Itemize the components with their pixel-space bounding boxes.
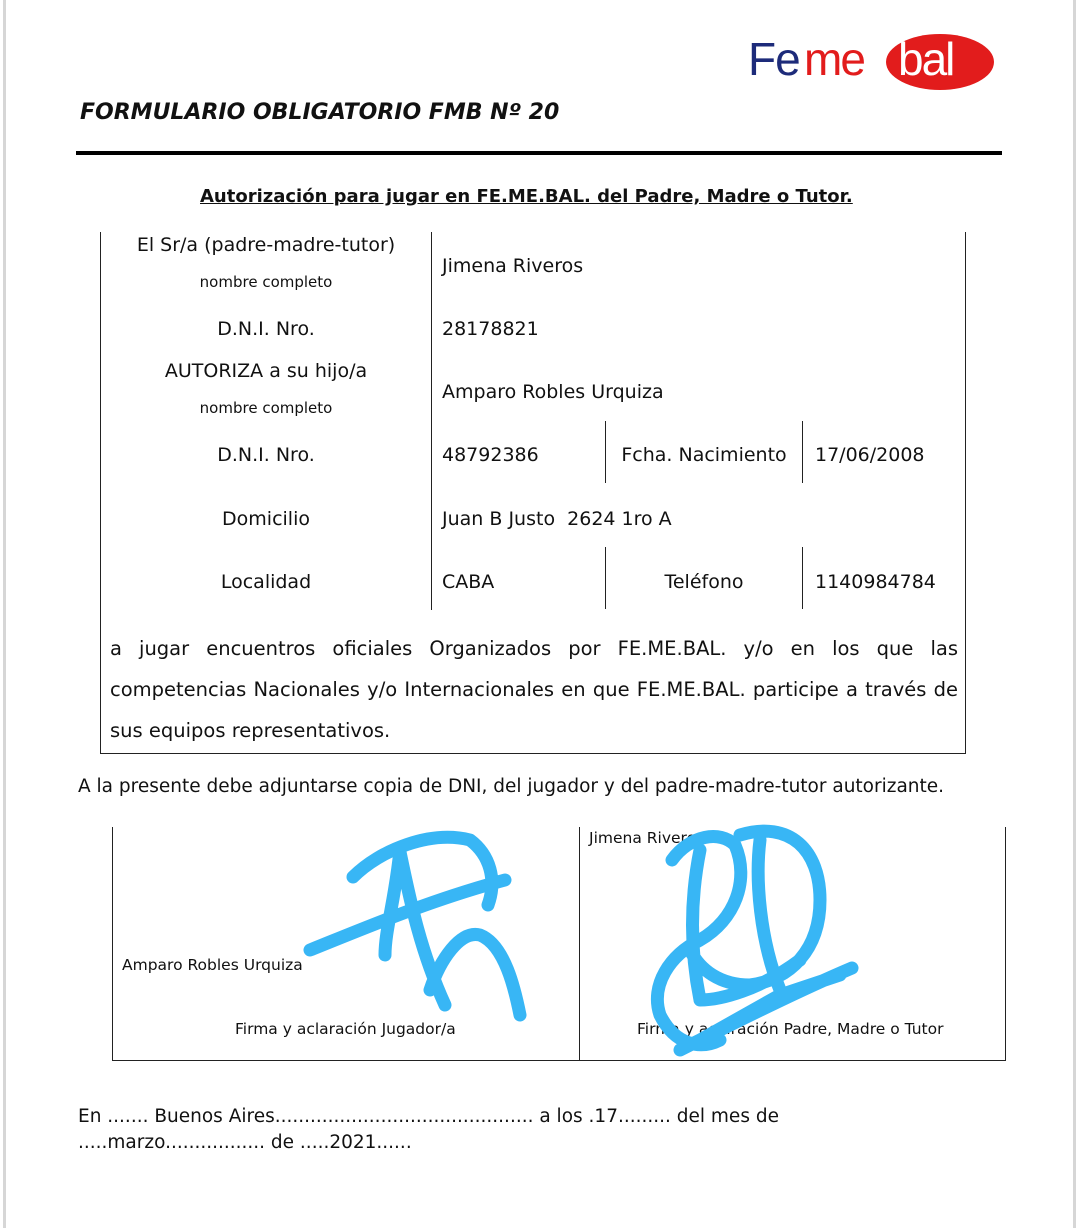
place-date-line-2: .....marzo................. de .....2021…: [78, 1130, 779, 1156]
handwritten-signatures: [0, 0, 1080, 1228]
place-date-line-1: En ....... Buenos Aires.................…: [78, 1104, 779, 1130]
player-signature: [310, 837, 520, 1015]
place-date-line: En ....... Buenos Aires.................…: [78, 1104, 779, 1156]
guardian-signature: [657, 831, 852, 1050]
